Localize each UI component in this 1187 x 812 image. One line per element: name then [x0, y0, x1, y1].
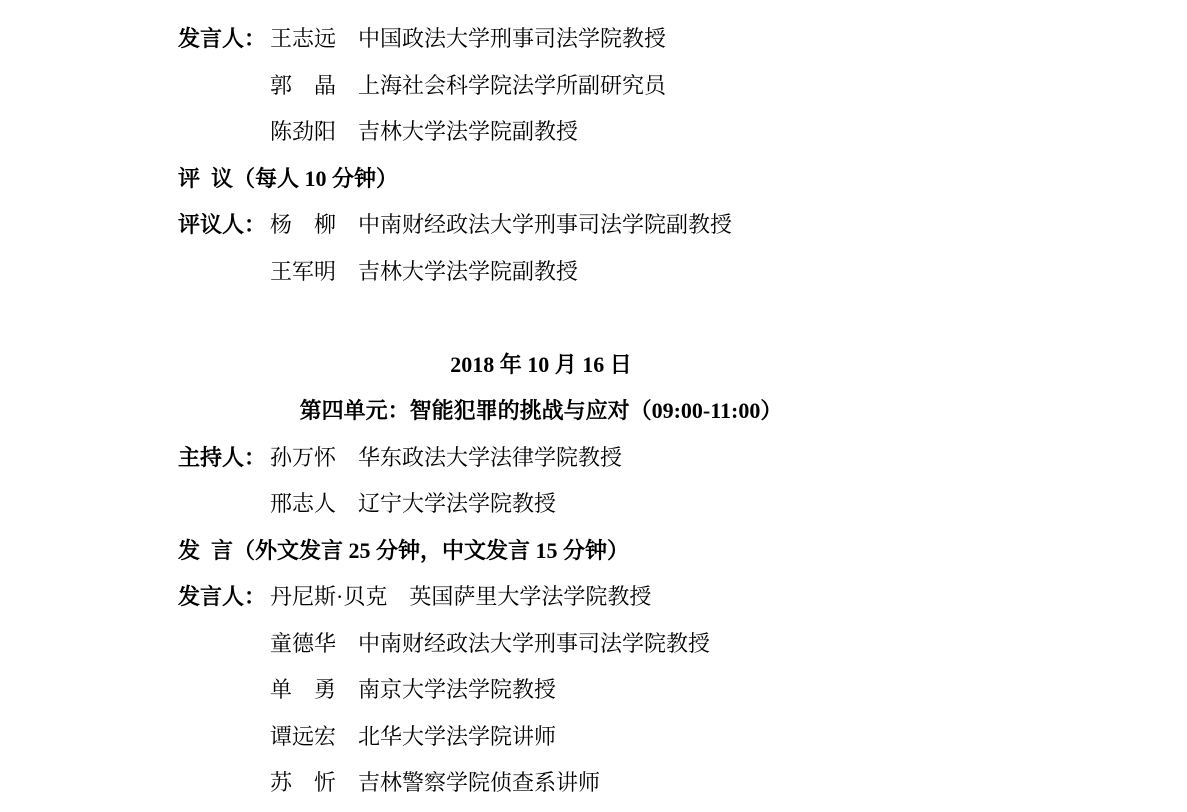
commentators-role-label: 评议人：	[178, 202, 270, 249]
date-heading: 2018 年 10 月 16 日	[0, 342, 1082, 389]
person-row: 评议人：杨 柳中南财经政法大学刑事司法学院副教授	[0, 202, 1187, 249]
person-row: 童德华中南财经政法大学刑事司法学院教授	[0, 621, 1187, 668]
person-affiliation: 北华大学法学院讲师	[358, 714, 556, 761]
commentary-section-heading: 评 议（每人 10 分钟）	[0, 156, 1187, 203]
person-affiliation: 英国萨里大学法学院教授	[409, 574, 651, 621]
person-row: 谭远宏北华大学法学院讲师	[0, 714, 1187, 761]
moderators-role-label: 主持人：	[178, 435, 270, 482]
person-name: 孙万怀	[270, 435, 336, 482]
person-row: 发言人：丹尼斯·贝克英国萨里大学法学院教授	[0, 574, 1187, 621]
person-name: 陈劲阳	[270, 109, 336, 156]
conference-program-page: 发言人：王志远中国政法大学刑事司法学院教授 郭 晶上海社会科学院法学所副研究员 …	[0, 0, 1187, 812]
person-row: 发言人：王志远中国政法大学刑事司法学院教授	[0, 16, 1187, 63]
person-row: 苏 忻吉林警察学院侦查系讲师	[0, 760, 1187, 807]
person-name: 王军明	[270, 249, 336, 296]
person-row: 陈劲阳吉林大学法学院副教授	[0, 109, 1187, 156]
person-row: 主持人：孙万怀华东政法大学法律学院教授	[0, 435, 1187, 482]
speakers-role-label: 发言人：	[178, 16, 270, 63]
person-name: 王志远	[270, 16, 336, 63]
person-row: 郭 晶上海社会科学院法学所副研究员	[0, 63, 1187, 110]
unit4-title-heading: 第四单元：智能犯罪的挑战与应对（09:00-11:00）	[0, 388, 1082, 435]
person-affiliation: 华东政法大学法律学院教授	[358, 435, 622, 482]
person-affiliation: 吉林警察学院侦查系讲师	[358, 760, 600, 807]
person-name: 邢志人	[270, 481, 336, 528]
person-row: 单 勇南京大学法学院教授	[0, 667, 1187, 714]
person-affiliation: 中国政法大学刑事司法学院教授	[358, 16, 666, 63]
person-affiliation: 上海社会科学院法学所副研究员	[358, 63, 666, 110]
person-affiliation: 吉林大学法学院副教授	[358, 249, 578, 296]
person-affiliation: 中南财经政法大学刑事司法学院教授	[358, 621, 710, 668]
person-affiliation: 南京大学法学院教授	[358, 667, 556, 714]
speakers-role-label: 发言人：	[178, 574, 270, 621]
person-name: 杨 柳	[270, 202, 336, 249]
blank-line	[0, 295, 1187, 342]
person-name: 单 勇	[270, 667, 336, 714]
person-row: 王军明吉林大学法学院副教授	[0, 249, 1187, 296]
person-name: 苏 忻	[270, 760, 336, 807]
person-affiliation: 中南财经政法大学刑事司法学院副教授	[358, 202, 732, 249]
person-name: 郭 晶	[270, 63, 336, 110]
person-affiliation: 辽宁大学法学院教授	[358, 481, 556, 528]
person-affiliation: 吉林大学法学院副教授	[358, 109, 578, 156]
person-row: 邢志人辽宁大学法学院教授	[0, 481, 1187, 528]
person-name: 童德华	[270, 621, 336, 668]
person-name: 丹尼斯·贝克	[270, 574, 387, 621]
speech-section-heading: 发 言（外文发言 25 分钟，中文发言 15 分钟）	[0, 528, 1187, 575]
person-name: 谭远宏	[270, 714, 336, 761]
